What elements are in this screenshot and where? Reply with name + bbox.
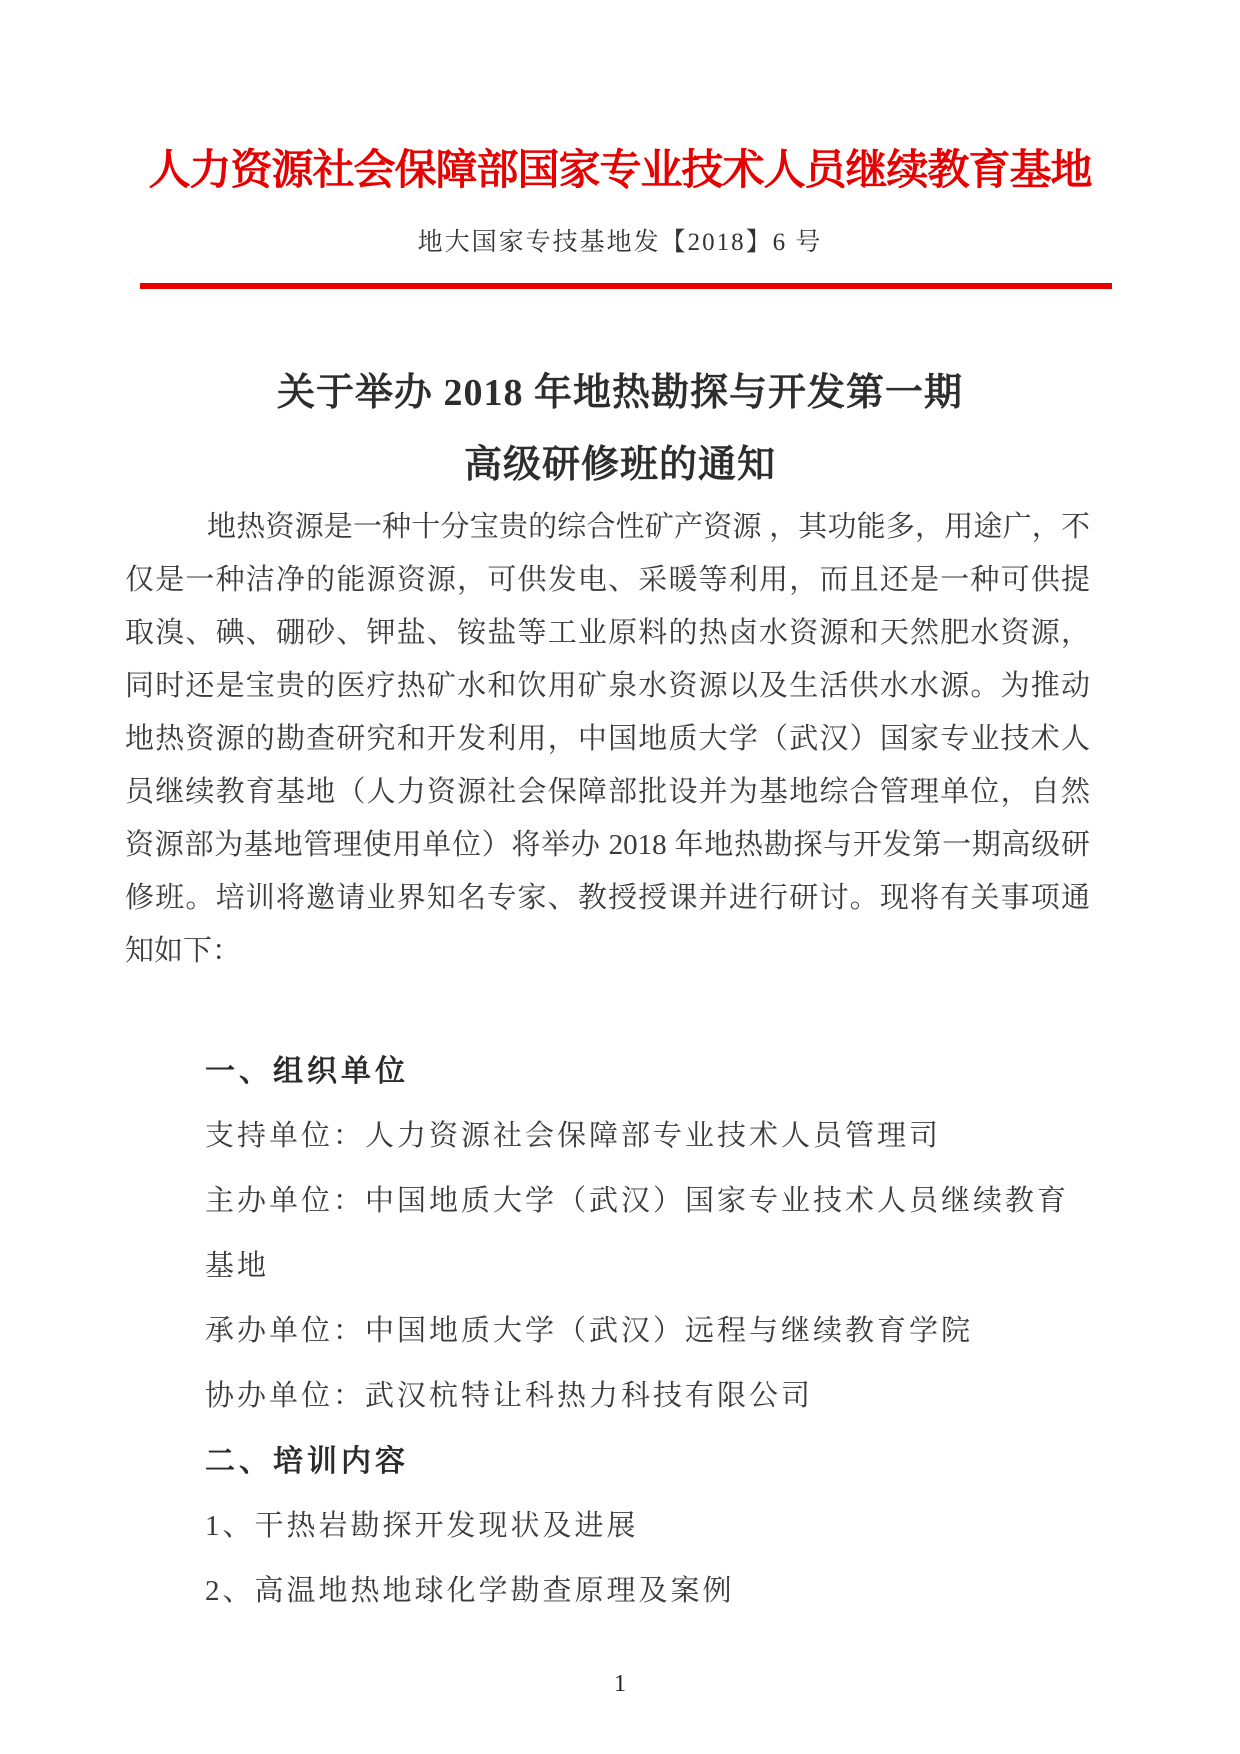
- paragraph-line: 取溴、碘、硼砂、钾盐、铵盐等工业原料的热卤水资源和天然肥水资源，: [125, 607, 1090, 660]
- paragraph-line: 资源部为基地管理使用单位）将举办 2018 年地热勘探与开发第一期高级研: [125, 819, 1090, 872]
- document-page: 人力资源社会保障部国家专业技术人员继续教育基地 地大国家专技基地发【2018】6…: [0, 0, 1240, 1754]
- paragraph-line: 地热资源的勘查研究和开发利用，中国地质大学（武汉）国家专业技术人: [125, 713, 1090, 766]
- paragraph-line: 仅是一种洁净的能源资源，可供发电、采暖等利用，而且还是一种可供提: [125, 554, 1090, 607]
- organizer-item-undertaker: 承办单位：中国地质大学（武汉）远程与继续教育学院: [125, 1299, 1090, 1364]
- section-heading-training-content: 二、培训内容: [125, 1429, 1090, 1494]
- document-title: 关于举办 2018 年地热勘探与开发第一期 高级研修班的通知: [0, 357, 1240, 501]
- organizer-item-host: 主办单位：中国地质大学（武汉）国家专业技术人员继续教育基地: [125, 1169, 1090, 1299]
- training-content-item-1: 1、干热岩勘探开发现状及进展: [125, 1494, 1090, 1559]
- document-number: 地大国家专技基地发【2018】6 号: [0, 228, 1240, 258]
- organizer-item-support: 支持单位：人力资源社会保障部专业技术人员管理司: [125, 1104, 1090, 1169]
- body-paragraph: 地热资源是一种十分宝贵的综合性矿产资源 ，其功能多，用途广，不 仅是一种洁净的能…: [125, 501, 1090, 978]
- document-title-line-2: 高级研修班的通知: [0, 429, 1240, 501]
- page-number: 1: [0, 1671, 1240, 1697]
- paragraph-line: 地热资源是一种十分宝贵的综合性矿产资源 ，其功能多，用途广，不: [125, 501, 1090, 554]
- sections-block: 一、组织单位 支持单位：人力资源社会保障部专业技术人员管理司 主办单位：中国地质…: [125, 1039, 1090, 1624]
- paragraph-line: 员继续教育基地（人力资源社会保障部批设并为基地综合管理单位，自然: [125, 766, 1090, 819]
- paragraph-line: 修班。培训将邀请业界知名专家、教授授课并进行研讨。现将有关事项通: [125, 872, 1090, 925]
- training-content-item-2: 2、高温地热地球化学勘查原理及案例: [125, 1559, 1090, 1624]
- red-divider-rule: [140, 283, 1112, 289]
- letterhead-title: 人力资源社会保障部国家专业技术人员继续教育基地: [0, 148, 1240, 194]
- paragraph-line: 同时还是宝贵的医疗热矿水和饮用矿泉水资源以及生活供水水源。为推动: [125, 660, 1090, 713]
- section-heading-organizers: 一、组织单位: [125, 1039, 1090, 1104]
- paragraph-line: 知如下：: [125, 925, 1090, 978]
- document-title-line-1: 关于举办 2018 年地热勘探与开发第一期: [0, 357, 1240, 429]
- organizer-item-coorganizer: 协办单位：武汉杭特让科热力科技有限公司: [125, 1364, 1090, 1429]
